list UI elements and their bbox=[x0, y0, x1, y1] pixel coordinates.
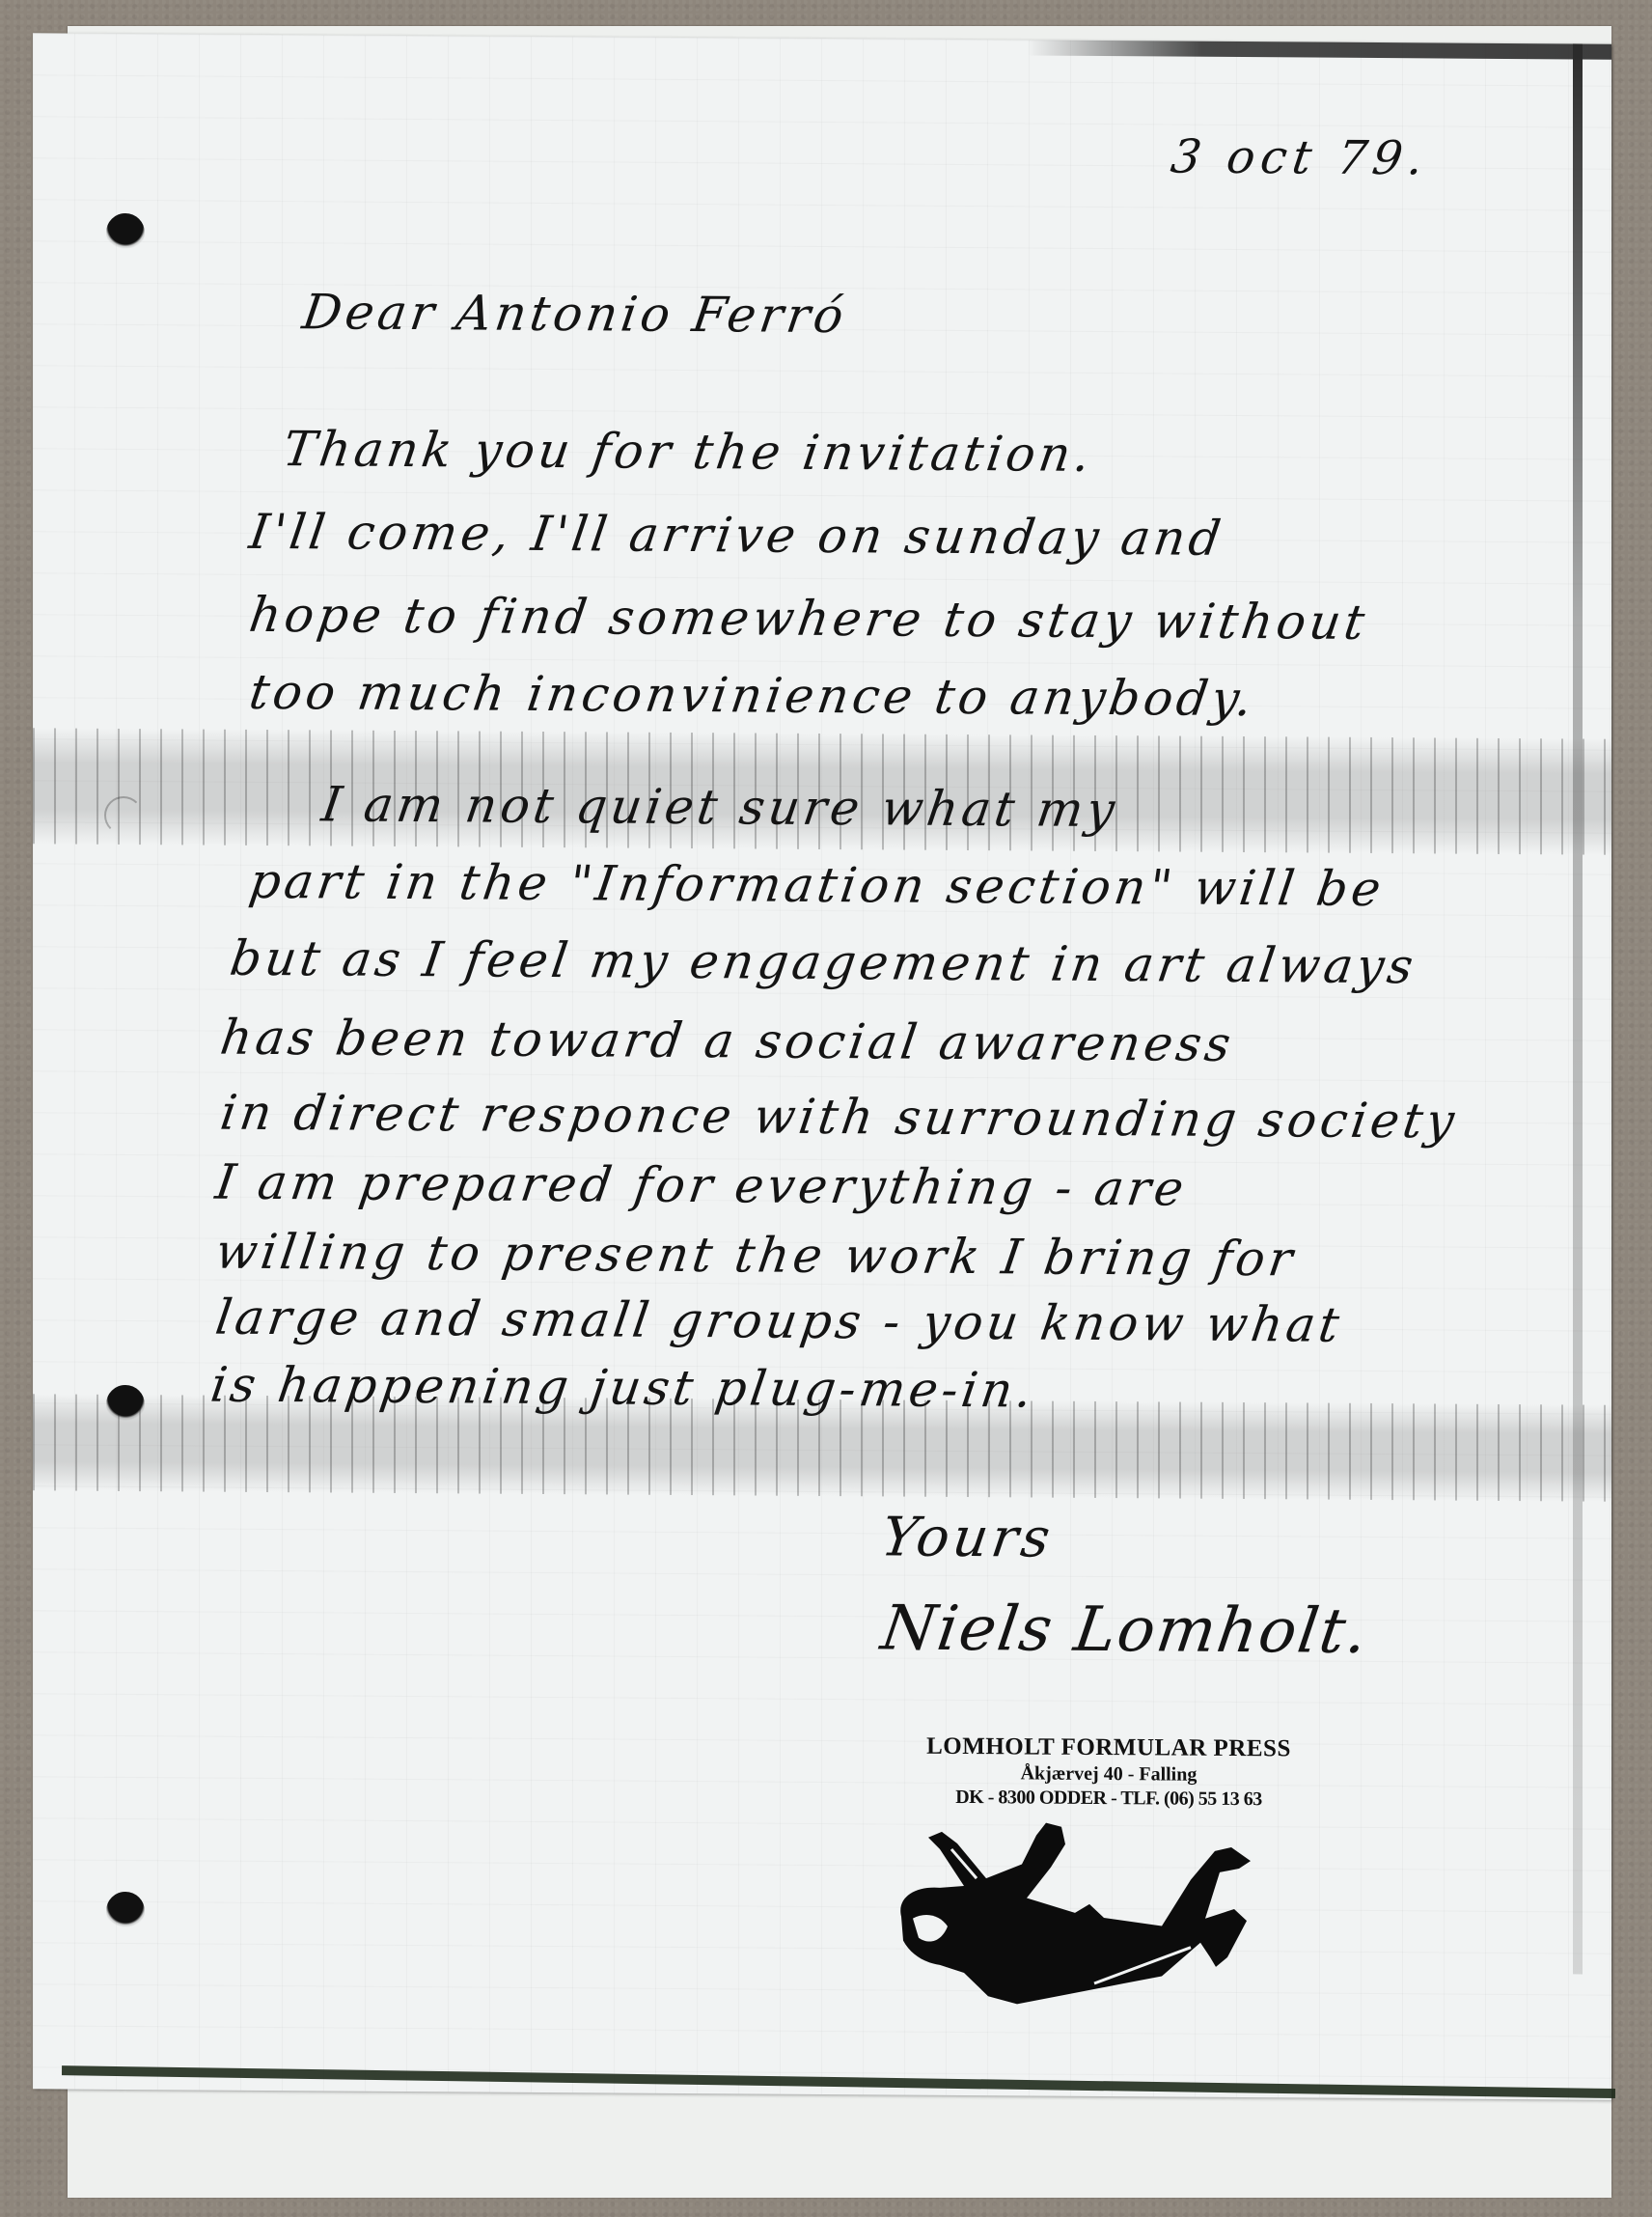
body-line: part in the "Information section" will b… bbox=[246, 853, 1388, 917]
body-line: I am prepared for everything - are bbox=[212, 1154, 1191, 1217]
letter-page: 3 oct 79. Dear Antonio Ferró Thank you f… bbox=[33, 33, 1611, 2099]
body-line: is happening just plug-me-in. bbox=[207, 1357, 1039, 1419]
body-line: Thank you for the invitation. bbox=[280, 421, 1097, 483]
press-city-phone: DK - 8300 ODDER - TLF. (06) 55 13 63 bbox=[906, 1787, 1311, 1812]
press-name: LOMHOLT FORMULAR PRESS bbox=[906, 1733, 1311, 1763]
body-line: I'll come, I'll arrive on sunday and bbox=[246, 504, 1227, 567]
copy-edge-top bbox=[1027, 40, 1611, 59]
salutation: Dear Antonio Ferró bbox=[299, 284, 851, 344]
closing: Yours bbox=[877, 1506, 1058, 1569]
copy-edge-right bbox=[1573, 43, 1583, 1974]
body-line: in direct responce with surrounding soci… bbox=[217, 1085, 1462, 1150]
punch-hole-ghost-icon bbox=[104, 796, 143, 835]
body-line: I am not quiet sure what my bbox=[318, 776, 1122, 838]
letter-date: 3 oct 79. bbox=[1168, 130, 1432, 186]
punch-hole-icon bbox=[106, 213, 145, 252]
falling-man-logo-icon bbox=[872, 1810, 1258, 2015]
signature: Niels Lomholt. bbox=[877, 1593, 1373, 1667]
body-line: has been toward a social awareness bbox=[217, 1010, 1238, 1072]
punch-hole-icon bbox=[106, 1892, 145, 1930]
body-line: too much inconvinience to anybody. bbox=[246, 664, 1259, 727]
punch-hole-icon bbox=[106, 1385, 145, 1424]
letterhead-stamp: LOMHOLT FORMULAR PRESS Åkjærvej 40 - Fal… bbox=[906, 1733, 1311, 1812]
body-line: but as I feel my engagement in art alway… bbox=[227, 930, 1420, 995]
press-address: Åkjærvej 40 - Falling bbox=[906, 1762, 1311, 1787]
body-line: hope to find somewhere to stay without bbox=[246, 587, 1372, 651]
body-line: willing to present the work I bring for bbox=[212, 1224, 1300, 1288]
body-line: large and small groups - you know what bbox=[212, 1289, 1346, 1353]
